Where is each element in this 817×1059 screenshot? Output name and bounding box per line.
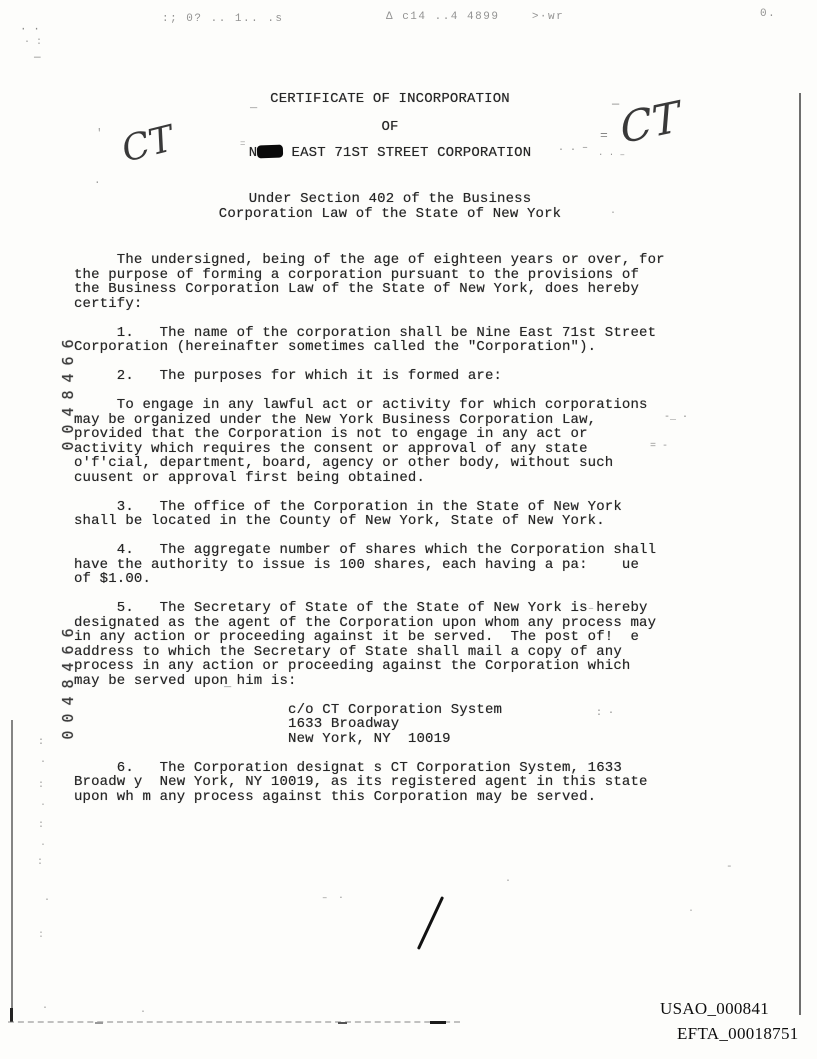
- scan-mark: ·: [40, 800, 46, 811]
- fax-header-middle: Δ c14 ..4 4899 >·wr: [386, 11, 564, 23]
- page-edge-line-left: [11, 720, 13, 1022]
- scan-mark: :: [38, 737, 44, 748]
- scan-mark: :: [37, 857, 43, 868]
- scan-mark: -: [726, 861, 733, 873]
- bottom-dash-segment: [430, 1021, 446, 1024]
- scan-mark: = -: [650, 441, 668, 452]
- page-edge-line-right: [799, 93, 801, 1015]
- bottom-dash-segment: [338, 1022, 347, 1024]
- film-number-stamp-lower: 0048466: [59, 615, 77, 745]
- scan-mark: ·: [140, 1007, 146, 1018]
- scan-mark: —: [34, 52, 41, 64]
- scan-mark: ': [96, 128, 103, 140]
- scan-mark: : ·: [596, 708, 614, 719]
- document-page: :; 0? .. 1.. .s Δ c14 ..4 4899 >·wr 0. C…: [0, 0, 817, 1059]
- certificate-body-text: The undersigned, being of the age of eig…: [74, 253, 665, 804]
- fax-header-left: :; 0? .. 1.. .s: [162, 13, 284, 25]
- scan-mark: :: [38, 820, 44, 831]
- scan-mark: =: [240, 139, 245, 149]
- scan-mark: -_ ·: [664, 412, 688, 423]
- scan-mark: ·: [505, 876, 511, 887]
- scan-mark: . . –: [558, 143, 588, 154]
- scan-mark: · · –: [598, 150, 625, 160]
- bottom-dash-segment: [95, 1022, 103, 1024]
- scan-mark: · ·: [20, 24, 40, 36]
- scan-mark: :: [38, 930, 44, 941]
- film-number-stamp-upper: 0048466: [59, 326, 77, 456]
- scan-mark: :: [38, 780, 44, 791]
- scan-mark: ·: [40, 757, 46, 768]
- page-bottom-dashed-line: [8, 1021, 460, 1023]
- scan-mark: ·: [688, 906, 694, 917]
- scan-mark: .: [94, 175, 101, 187]
- scan-mark: .: [610, 206, 616, 217]
- scan-mark: ·: [40, 840, 46, 851]
- scan-mark: _: [224, 676, 231, 690]
- fax-header-right: 0.: [760, 8, 776, 20]
- bates-stamp-efta: EFTA_00018751: [677, 1024, 799, 1044]
- bates-stamp-usao: USAO_000841: [660, 999, 769, 1019]
- scan-mark: —: [612, 97, 619, 111]
- ink-blot: [257, 145, 283, 159]
- scan-mark: ·: [44, 895, 50, 906]
- pen-slash-mark: [417, 896, 444, 950]
- scan-mark: – ·: [322, 893, 344, 903]
- scan-mark: –: [588, 604, 594, 615]
- scan-mark: ·: [42, 1003, 48, 1014]
- scan-mark: _: [250, 97, 257, 111]
- scan-mark: · :: [24, 37, 42, 48]
- page-edge-line-left-end: [10, 1008, 13, 1022]
- scan-mark: =: [600, 128, 608, 143]
